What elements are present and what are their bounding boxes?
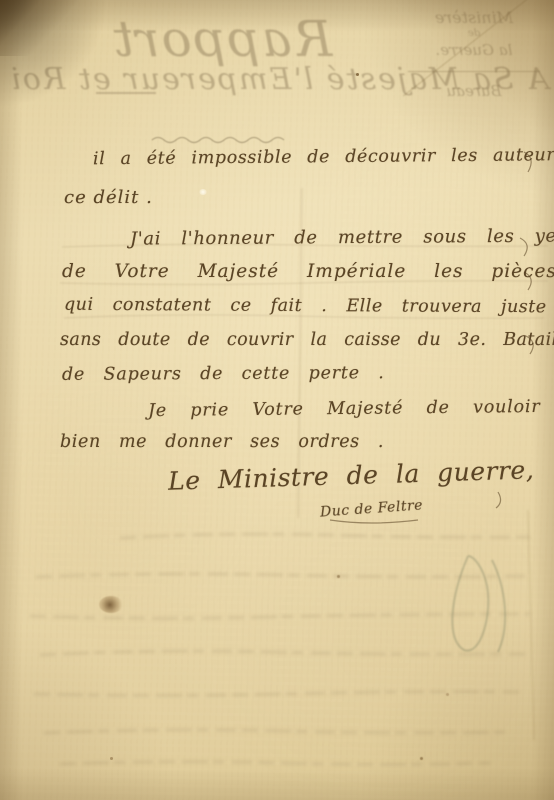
handwritten-line: il a été impossible de découvrir les aut… xyxy=(93,145,554,169)
vertical-crease-right xyxy=(527,510,535,740)
paper-specks xyxy=(356,73,359,76)
divider-squiggle xyxy=(152,138,284,143)
ministry-line: Ministère xyxy=(398,8,550,28)
signature-name: Duc de Feltre xyxy=(320,497,424,520)
handwritten-line: ce délit . xyxy=(64,187,153,208)
showthrough-text-lines xyxy=(30,534,530,765)
handwritten-line: J'ai l'honneur de mettre sous les yeux xyxy=(130,225,554,249)
handwritten-line: Je prie Votre Majesté de vouloir xyxy=(148,397,541,421)
signature-role: Le Ministre de la guerre, xyxy=(168,455,535,495)
bleedthrough-title: Rapport xyxy=(92,10,352,68)
ink-stain xyxy=(99,596,123,613)
pencil-mark xyxy=(452,556,505,652)
bleedthrough-ministry-block: Ministère de la Guerre. Bureau xyxy=(398,8,550,101)
ministry-divider-rule xyxy=(408,71,540,72)
corner-shadow-top-left xyxy=(0,0,80,56)
ministry-line: la Guerre. xyxy=(398,41,550,60)
handwritten-line: de Sapeurs de cette perte . xyxy=(62,363,385,385)
handwritten-line: sans doute de couvrir la caisse du 3e. B… xyxy=(60,330,554,350)
handwritten-line: de Votre Majesté Impériale les pièces xyxy=(62,261,554,282)
paper-fleck xyxy=(199,189,207,195)
handwritten-line: bien me donner ses ordres . xyxy=(60,432,384,452)
document-page: Rapport A Sa Majesté l'Empereur et Roi M… xyxy=(0,0,554,800)
ministry-line: Bureau xyxy=(398,82,550,101)
handwritten-line: qui constatent ce fait . Elle trouvera j… xyxy=(64,295,547,318)
